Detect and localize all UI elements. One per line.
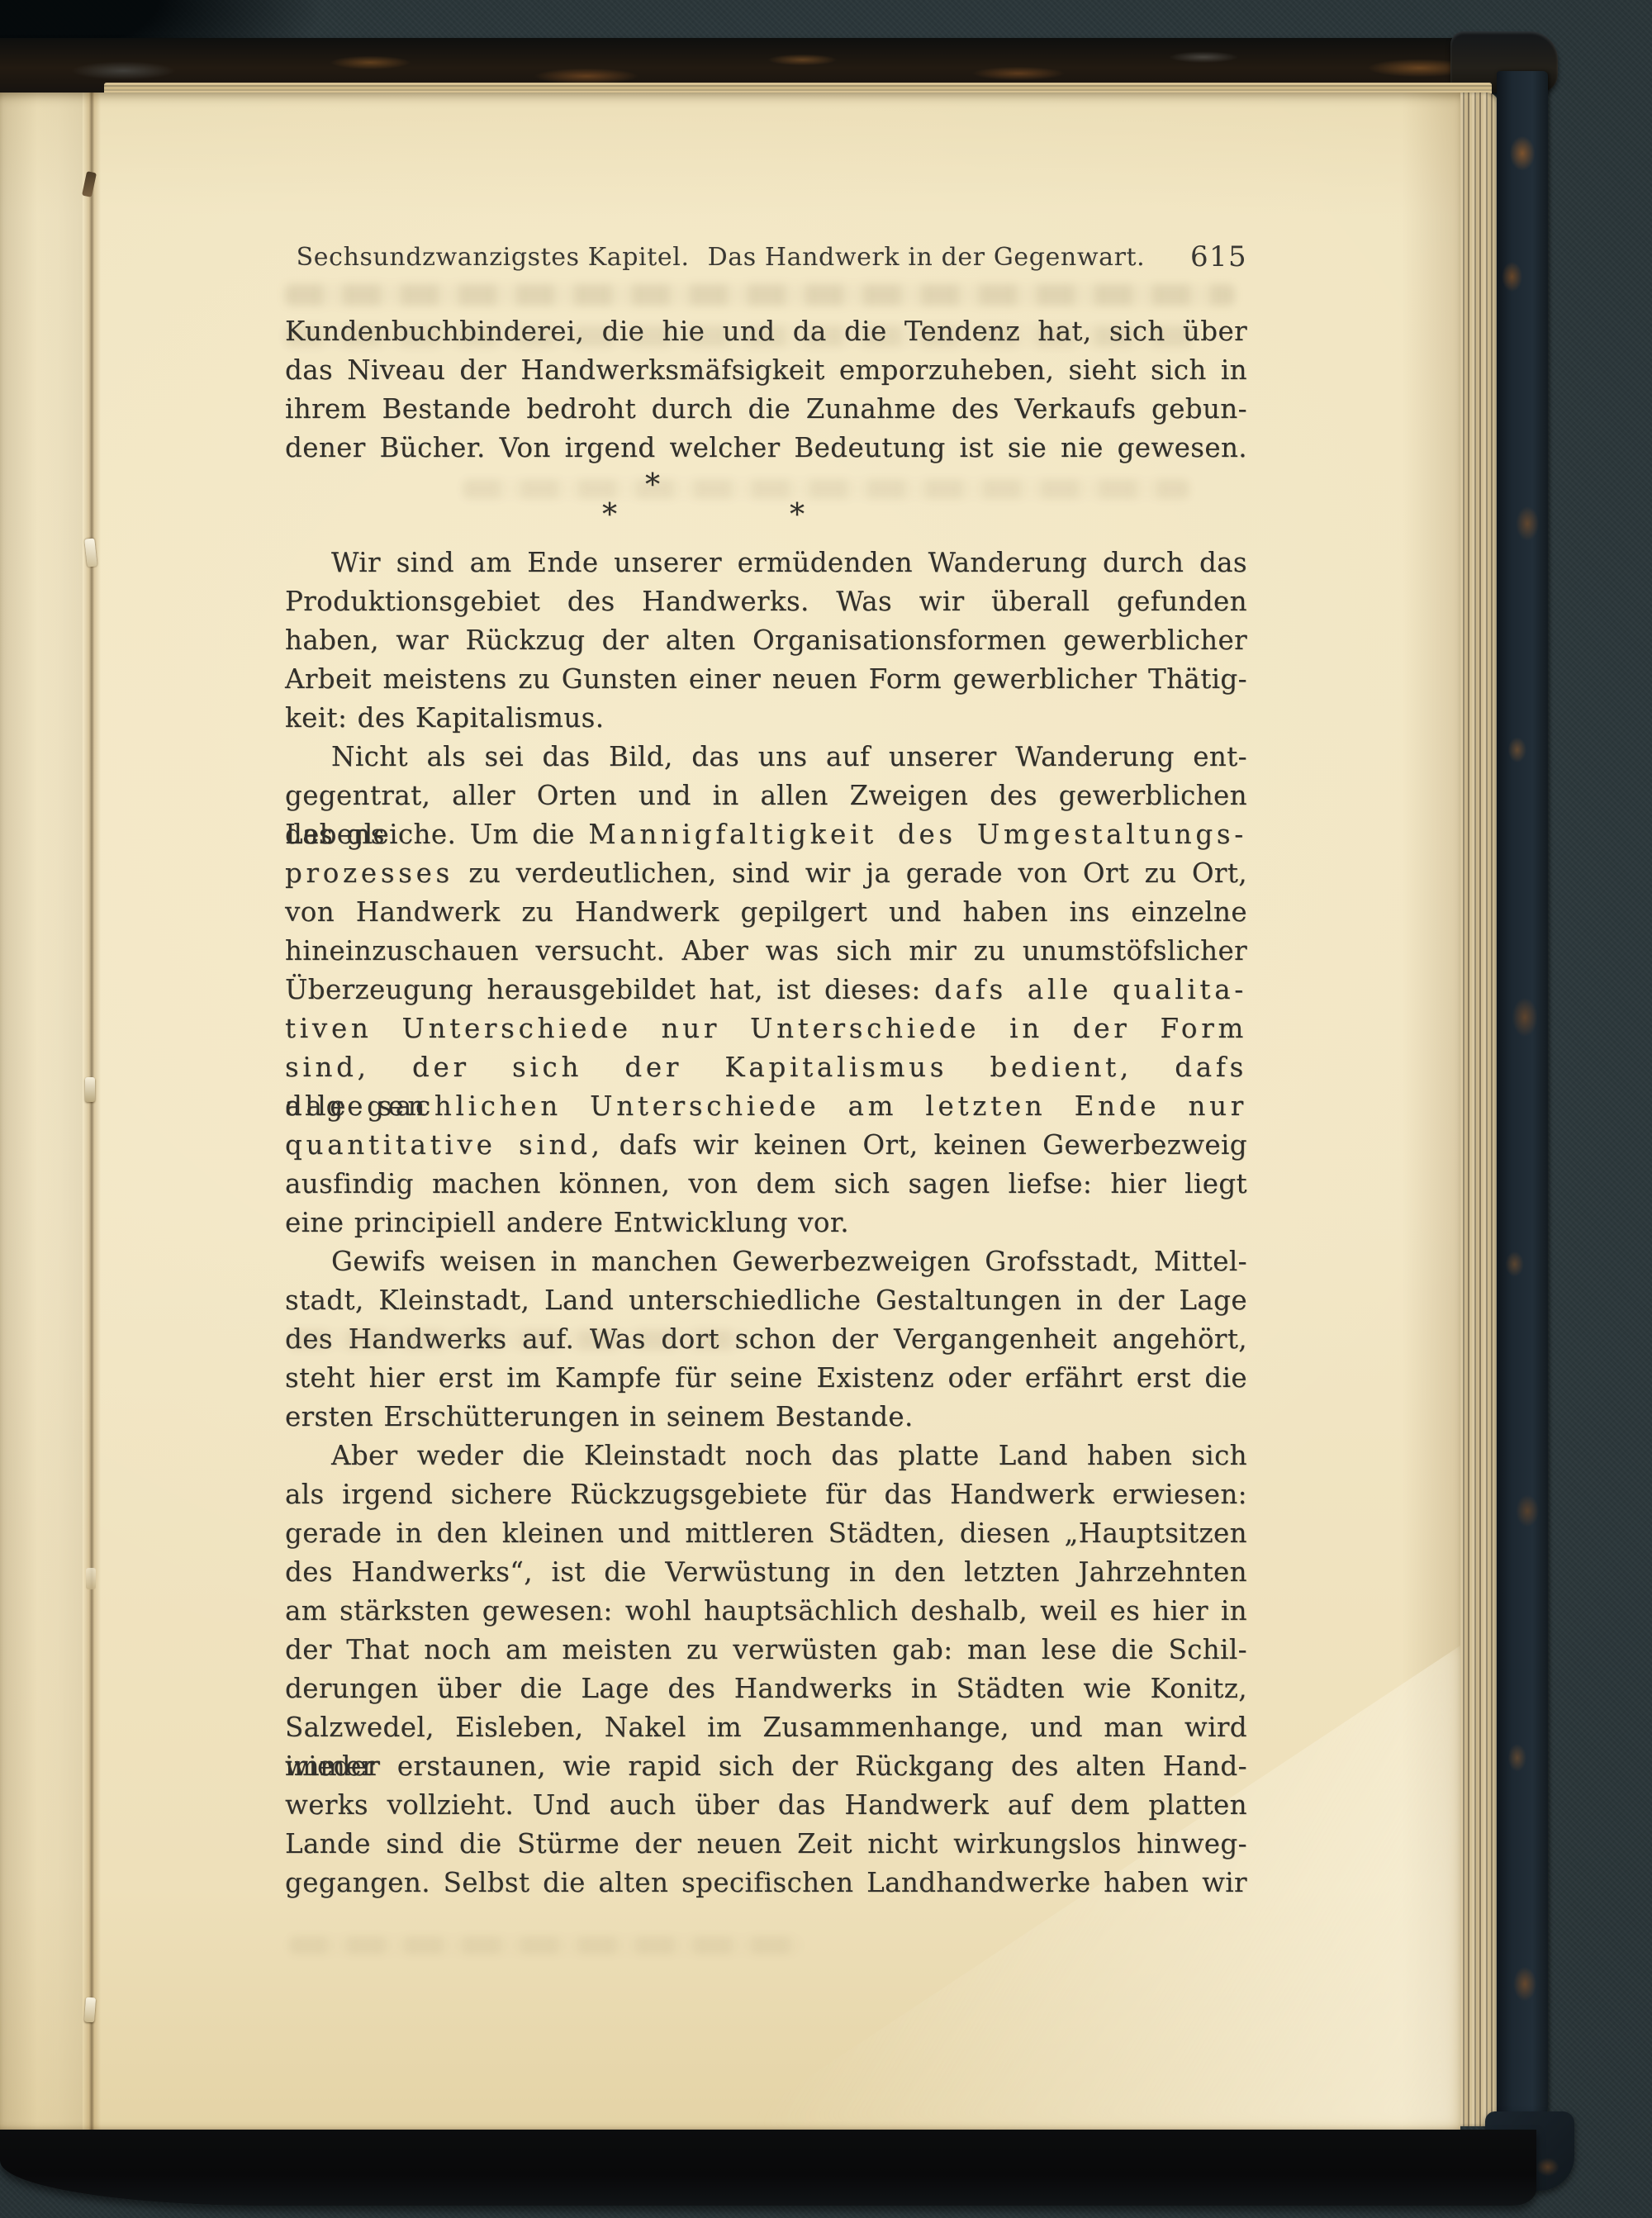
text-line: ersten Erschütterungen in seinem Bestand… — [285, 1398, 1247, 1437]
running-head-title: Sechsundzwanzigstes Kapitel.Das Handwerk… — [285, 243, 1156, 272]
body-text: keit: des Kapitalismus. — [285, 702, 604, 734]
text-line: am stärksten gewesen: wohl hauptsächlich… — [285, 1592, 1247, 1631]
section-divider: * * * — [285, 468, 1247, 544]
text-line: Wir sind am Ende unserer ermüdenden Wand… — [285, 544, 1247, 582]
chapter-label: Sechsundzwanzigstes Kapitel. — [297, 243, 690, 272]
text-line: das Niveau der Handwerksmäfsigkeit empor… — [285, 351, 1247, 390]
body-text: das Niveau der Handwerksmäfsigkeit empor… — [285, 354, 1247, 386]
text-block: Wir sind am Ende unserer ermüdenden Wand… — [285, 544, 1247, 1902]
body-text: wieder erstaunen, wie rapid sich der Rüc… — [285, 1750, 1247, 1782]
body-text: als irgend sichere Rückzugsgebiete für d… — [285, 1479, 1247, 1510]
binding-stitch — [84, 1997, 96, 2023]
asterisk: * — [602, 496, 617, 534]
body-text: gerade in den kleinen und mittleren Städ… — [285, 1517, 1247, 1549]
body-text: Lande sind die Stürme der neuen Zeit nic… — [285, 1828, 1247, 1859]
text-line: gerade in den kleinen und mittleren Städ… — [285, 1514, 1247, 1553]
text-line: Überzeugung herausgebildet hat, ist dies… — [285, 971, 1247, 1009]
body-text: Nicht als sei das Bild, das uns auf unse… — [331, 741, 1247, 772]
body-text: ihrem Bestande bedroht durch die Zunahme… — [285, 393, 1247, 425]
text-line: prozesses zu verdeutlichen, sind wir ja … — [285, 854, 1247, 893]
paragraph: Nicht als sei das Bild, das uns auf unse… — [285, 738, 1247, 1242]
body-text: Gewifs weisen in manchen Gewerbezweigen … — [331, 1246, 1247, 1277]
body-text: Arbeit meistens zu Gunsten einer neuen F… — [285, 663, 1247, 695]
text-line: ausfindig machen können, von dem sich sa… — [285, 1165, 1247, 1204]
text-line: werks vollzieht. Und auch über das Handw… — [285, 1786, 1247, 1825]
text-line: Arbeit meistens zu Gunsten einer neuen F… — [285, 660, 1247, 699]
text-line: des Handwerks auf. Was dort schon der Ve… — [285, 1320, 1247, 1359]
page-block-fore-edge — [1460, 93, 1498, 2126]
body-text: des Handwerks“, ist die Verwüstung in de… — [285, 1556, 1247, 1588]
page-number: 615 — [1190, 240, 1247, 273]
body-text: hineinzuschauen versucht. Aber was sich … — [285, 935, 1247, 967]
text-line: derungen über die Lage des Handwerks in … — [285, 1669, 1247, 1708]
paragraph: Aber weder die Kleinstadt noch das platt… — [285, 1437, 1247, 1902]
text-line: hineinzuschauen versucht. Aber was sich … — [285, 932, 1247, 971]
asterisk: * — [645, 466, 660, 505]
section-label: Das Handwerk in der Gegenwart. — [708, 243, 1146, 272]
bleed-through-smudge — [285, 284, 1235, 306]
body-text: am stärksten gewesen: wohl hauptsächlich… — [285, 1595, 1247, 1627]
body-text: zu verdeutlichen, sind wir ja gerade von… — [453, 857, 1247, 889]
text-line: eine principiell andere Entwicklung vor. — [285, 1204, 1247, 1242]
body-text: dener Bücher. Von irgend welcher Bedeutu… — [285, 432, 1247, 463]
text-line: Lande sind die Stürme der neuen Zeit nic… — [285, 1825, 1247, 1864]
body-text: derungen über die Lage des Handwerks in … — [285, 1673, 1247, 1704]
body-text: Kundenbuchbinderei, die hie und da die T… — [285, 316, 1247, 347]
bleed-through-smudge — [289, 1936, 801, 1954]
text-line: quantitative sind, dafs wir keinen Ort, … — [285, 1126, 1247, 1165]
text-line: als irgend sichere Rückzugsgebiete für d… — [285, 1475, 1247, 1514]
text-line: ihrem Bestande bedroht durch die Zunahme… — [285, 390, 1247, 429]
text-line: gegentrat, aller Orten und in allen Zwei… — [285, 777, 1247, 815]
text-line: Aber weder die Kleinstadt noch das platt… — [285, 1437, 1247, 1475]
emphasized-spaced-text: Mannigfaltigkeit des Umgestaltungs- — [588, 819, 1247, 850]
marbled-cover-strip — [1497, 71, 1548, 2128]
binding-stitch — [86, 1568, 96, 1589]
text-column: Kundenbuchbinderei, die hie und da die T… — [285, 312, 1247, 1902]
running-head: Sechsundzwanzigstes Kapitel.Das Handwerk… — [285, 243, 1247, 279]
body-text: Produktionsgebiet des Handwerks. Was wir… — [285, 586, 1247, 617]
paragraph: Wir sind am Ende unserer ermüdenden Wand… — [285, 544, 1247, 738]
text-line: Salzwedel, Eisleben, Nakel im Zusammenha… — [285, 1708, 1247, 1747]
body-text: dafs wir keinen Ort, keinen Gewerbezweig — [604, 1129, 1247, 1161]
asterisk: * — [790, 496, 805, 534]
emphasized-spaced-text: tiven Unterschiede nur Unterschiede in d… — [285, 1013, 1247, 1044]
body-text: Wir sind am Ende unserer ermüdenden Wand… — [331, 547, 1247, 578]
text-line: alle sachlichen Unterschiede am letzten … — [285, 1087, 1247, 1126]
text-block: Kundenbuchbinderei, die hie und da die T… — [285, 312, 1247, 468]
book-cover-bottom-edge — [0, 2130, 1536, 2206]
text-line: Gewifs weisen in manchen Gewerbezweigen … — [285, 1242, 1247, 1281]
emphasized-spaced-text: alle sachlichen Unterschiede am letzten … — [285, 1090, 1247, 1122]
emphasized-spaced-text: dafs alle qualita- — [934, 974, 1247, 1005]
binding-gutter-crease — [83, 93, 101, 2131]
emphasized-spaced-text: quantitative sind, — [285, 1129, 604, 1161]
text-line: der That noch am meisten zu verwüsten ga… — [285, 1631, 1247, 1669]
body-text: ersten Erschütterungen in seinem Bestand… — [285, 1401, 914, 1432]
body-text: der That noch am meisten zu verwüsten ga… — [285, 1634, 1247, 1665]
text-line: dener Bücher. Von irgend welcher Bedeutu… — [285, 429, 1247, 468]
paragraph: Kundenbuchbinderei, die hie und da die T… — [285, 312, 1247, 468]
body-text: gegangen. Selbst die alten specifischen … — [285, 1867, 1247, 1898]
text-line: Kundenbuchbinderei, die hie und da die T… — [285, 312, 1247, 351]
binding-stitch — [85, 1077, 95, 1102]
text-line: keit: des Kapitalismus. — [285, 699, 1247, 738]
text-line: haben, war Rückzug der alten Organisatio… — [285, 621, 1247, 660]
body-text: von Handwerk zu Handwerk gepilgert und h… — [285, 896, 1247, 928]
text-line: steht hier erst im Kampfe für seine Exis… — [285, 1359, 1247, 1398]
text-line: Produktionsgebiet des Handwerks. Was wir… — [285, 582, 1247, 621]
emphasized-spaced-text: prozesses — [285, 857, 453, 889]
body-text: werks vollzieht. Und auch über das Handw… — [285, 1789, 1247, 1821]
body-text: ausfindig machen können, von dem sich sa… — [285, 1168, 1247, 1199]
text-line: gegangen. Selbst die alten specifischen … — [285, 1864, 1247, 1902]
text-line: tiven Unterschiede nur Unterschiede in d… — [285, 1009, 1247, 1048]
text-line: stadt, Kleinstadt, Land unterschiedliche… — [285, 1281, 1247, 1320]
book-page: Sechsundzwanzigstes Kapitel.Das Handwerk… — [0, 93, 1460, 2131]
text-line: das gleiche. Um die Mannigfaltigkeit des… — [285, 815, 1247, 854]
body-text: haben, war Rückzug der alten Organisatio… — [285, 625, 1247, 656]
text-line: sind, der sich der Kapitalismus bedient,… — [285, 1048, 1247, 1087]
book-photo-scene: Sechsundzwanzigstes Kapitel.Das Handwerk… — [0, 0, 1652, 2218]
text-line: des Handwerks“, ist die Verwüstung in de… — [285, 1553, 1247, 1592]
paragraph: Gewifs weisen in manchen Gewerbezweigen … — [285, 1242, 1247, 1437]
text-line: Nicht als sei das Bild, das uns auf unse… — [285, 738, 1247, 777]
body-text: eine principiell andere Entwicklung vor. — [285, 1207, 849, 1238]
body-text: des Handwerks auf. Was dort schon der Ve… — [285, 1323, 1247, 1355]
body-text: Überzeugung herausgebildet hat, ist dies… — [285, 974, 934, 1005]
text-line: von Handwerk zu Handwerk gepilgert und h… — [285, 893, 1247, 932]
body-text: stadt, Kleinstadt, Land unterschiedliche… — [285, 1285, 1247, 1316]
facing-page-sliver — [0, 93, 83, 2131]
body-text: das gleiche. Um die — [285, 819, 588, 850]
body-text: Aber weder die Kleinstadt noch das platt… — [331, 1440, 1247, 1471]
body-text: steht hier erst im Kampfe für seine Exis… — [285, 1362, 1247, 1394]
text-line: wieder erstaunen, wie rapid sich der Rüc… — [285, 1747, 1247, 1786]
